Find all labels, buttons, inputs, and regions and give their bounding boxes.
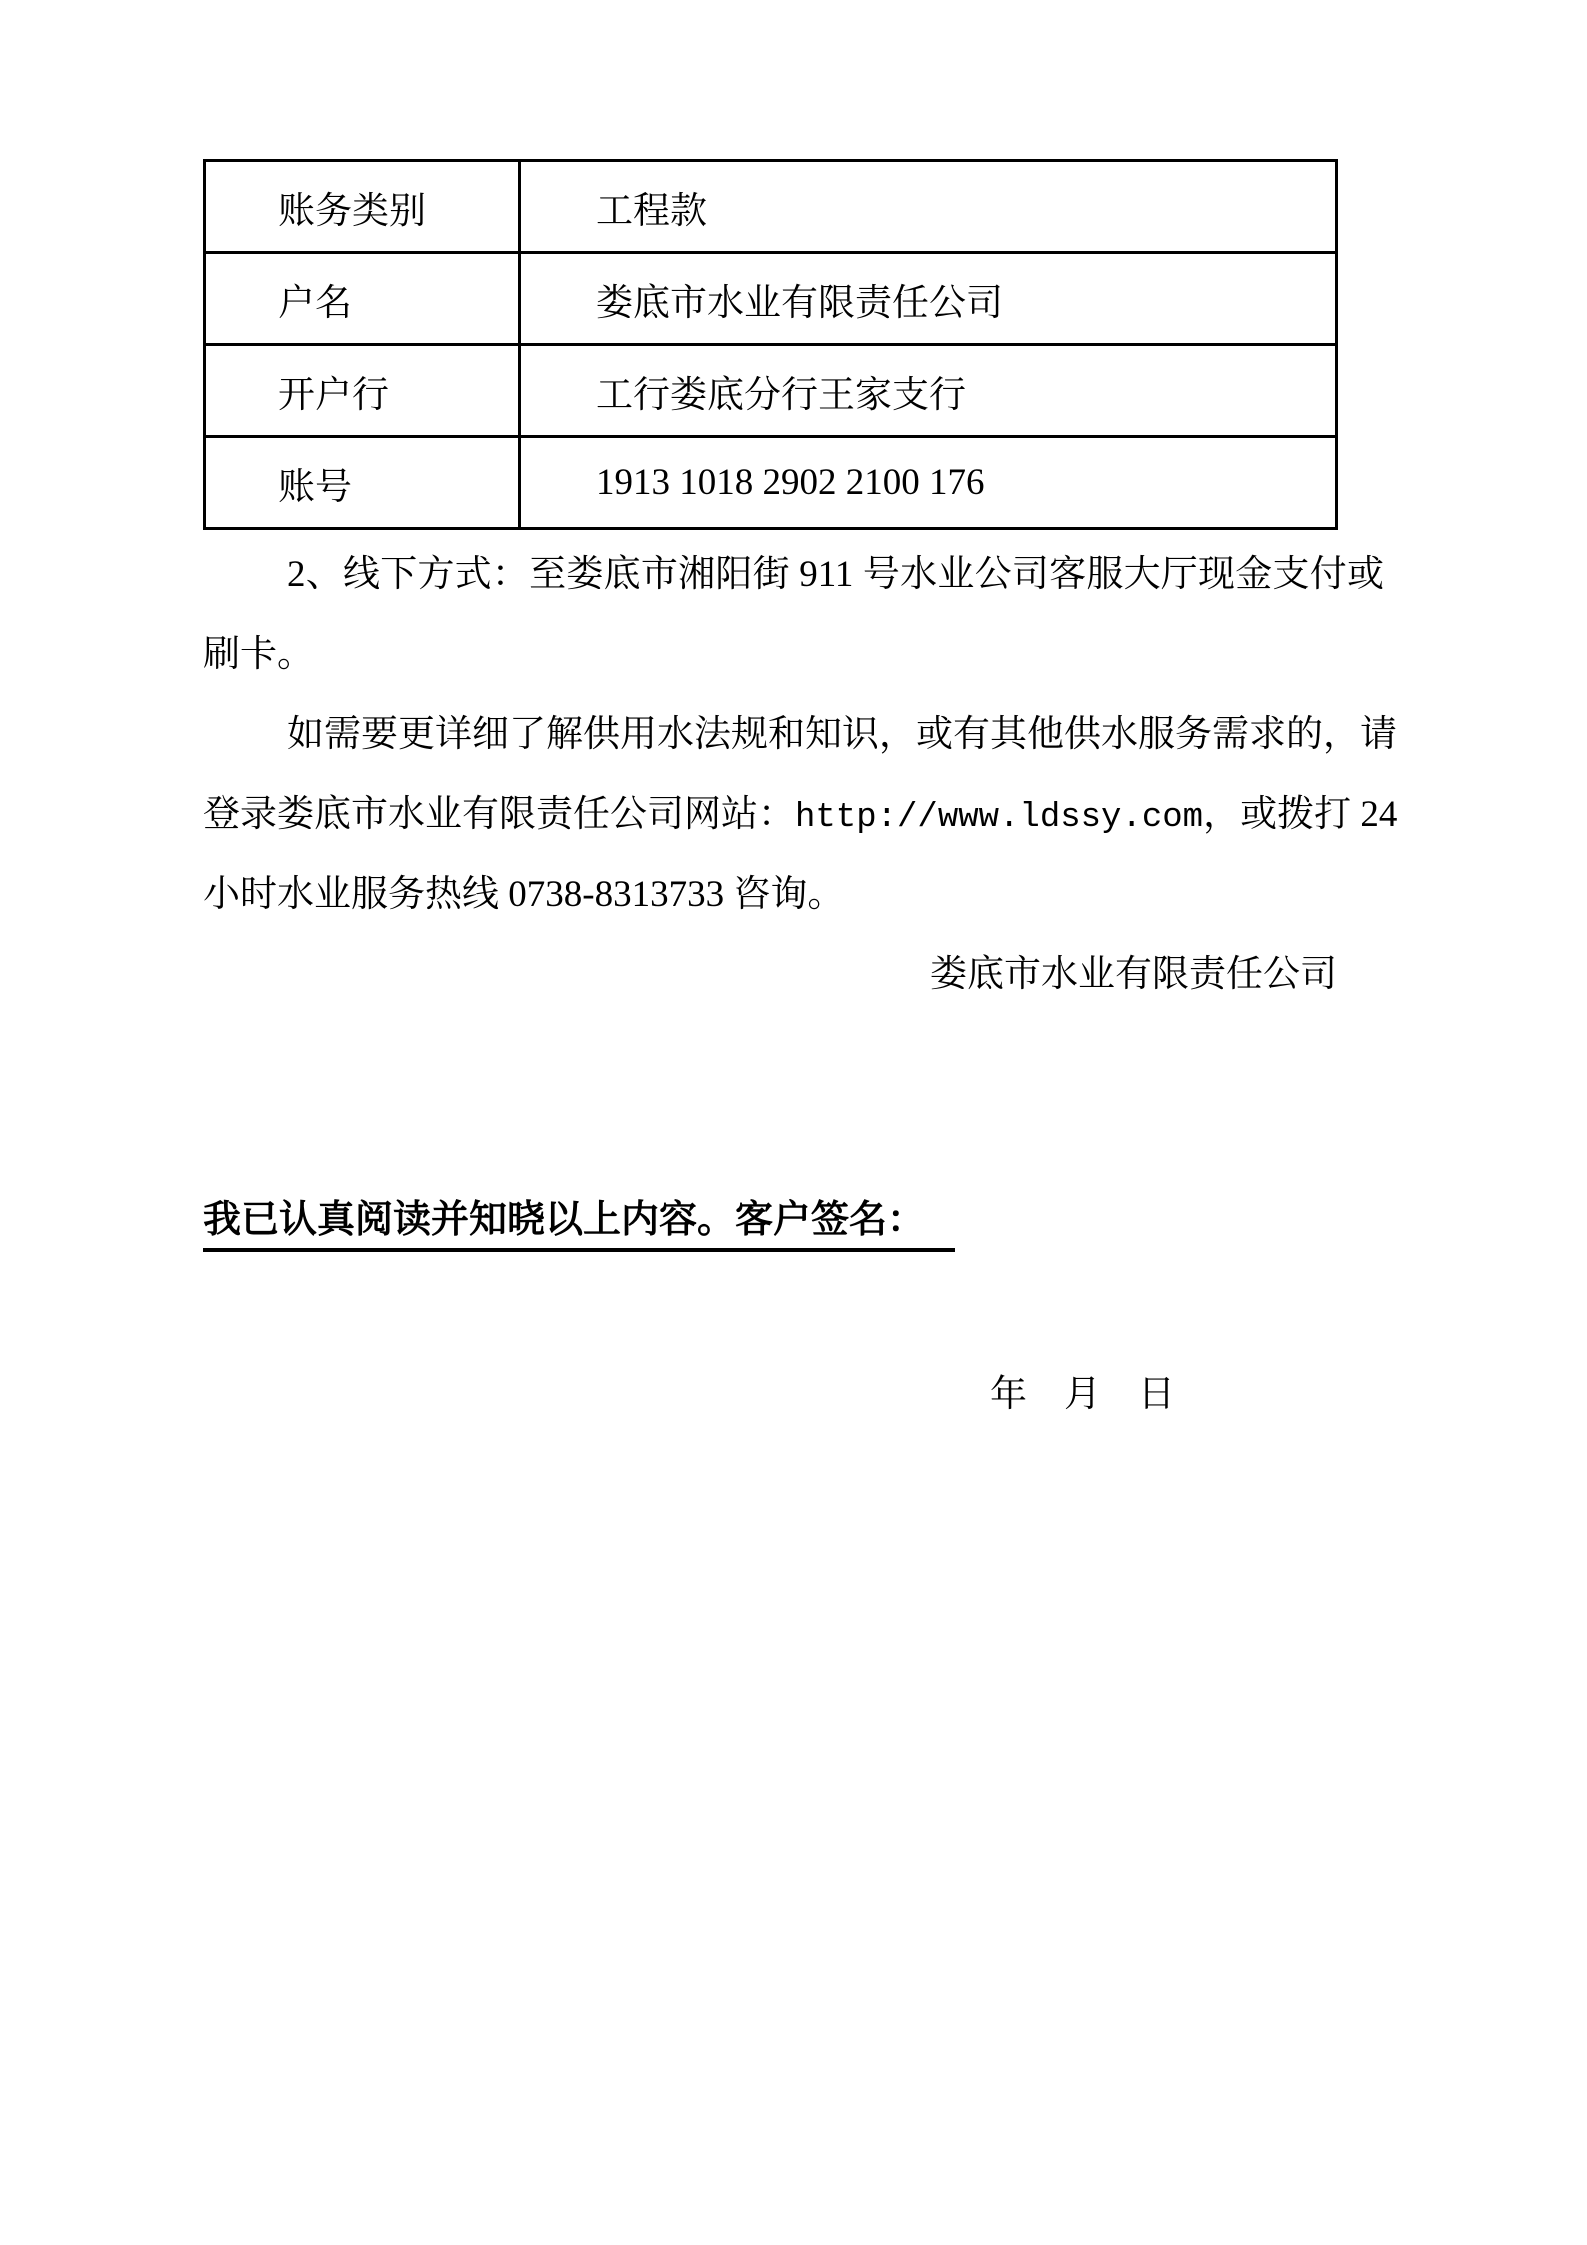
date-line: 年 月 日 <box>203 1355 1384 1435</box>
row-value-bank-branch: 工行娄底分行王家支行 <box>520 345 1337 437</box>
row-label-account-holder: 户名 <box>205 253 520 345</box>
table-row: 开户行 工行娄底分行王家支行 <box>205 345 1337 437</box>
offline-payment-line-2: 刷卡。 <box>203 615 1384 695</box>
row-value-account-category: 工程款 <box>520 161 1337 253</box>
row-label-account-number: 账号 <box>205 437 520 529</box>
table-row: 账号 1913 1018 2902 2100 176 <box>205 437 1337 529</box>
table-row: 账务类别 工程款 <box>205 161 1337 253</box>
row-label-account-category: 账务类别 <box>205 161 520 253</box>
row-value-account-holder: 娄底市水业有限责任公司 <box>520 253 1337 345</box>
service-info-line-3: 小时水业服务热线 0738-8313733 咨询。 <box>203 855 1384 935</box>
document-page: 账务类别 工程款 户名 娄底市水业有限责任公司 开户行 工行娄底分行王家支行 账… <box>0 0 1587 2245</box>
website-url: http://www.ldssy.com <box>795 799 1203 837</box>
row-label-bank-branch: 开户行 <box>205 345 520 437</box>
offline-payment-line-1: 2、线下方式：至娄底市湘阳街 911 号水业公司客服大厅现金支付或 <box>203 535 1384 615</box>
acknowledgement-line: 我已认真阅读并知晓以上内容。客户签名： <box>203 1196 955 1256</box>
body-paragraphs: 2、线下方式：至娄底市湘阳街 911 号水业公司客服大厅现金支付或 刷卡。 如需… <box>203 535 1384 1015</box>
company-signature: 娄底市水业有限责任公司 <box>203 935 1384 1015</box>
bank-info-table: 账务类别 工程款 户名 娄底市水业有限责任公司 开户行 工行娄底分行王家支行 账… <box>203 159 1338 530</box>
date-placeholder-text: 年 月 日 <box>990 1374 1175 1415</box>
row-value-account-number: 1913 1018 2902 2100 176 <box>520 437 1337 529</box>
service-info-line-2: 登录娄底市水业有限责任公司网站：http://www.ldssy.com，或拨打… <box>203 775 1384 855</box>
website-label: 登录娄底市水业有限责任公司网站： <box>203 794 795 835</box>
hotline-intro: ，或拨打 24 <box>1203 794 1397 835</box>
acknowledgement-text: 我已认真阅读并知晓以上内容。客户签名： <box>203 1196 955 1252</box>
service-info-line-1: 如需要更详细了解供用水法规和知识，或有其他供水服务需求的，请 <box>203 695 1384 775</box>
table-row: 户名 娄底市水业有限责任公司 <box>205 253 1337 345</box>
